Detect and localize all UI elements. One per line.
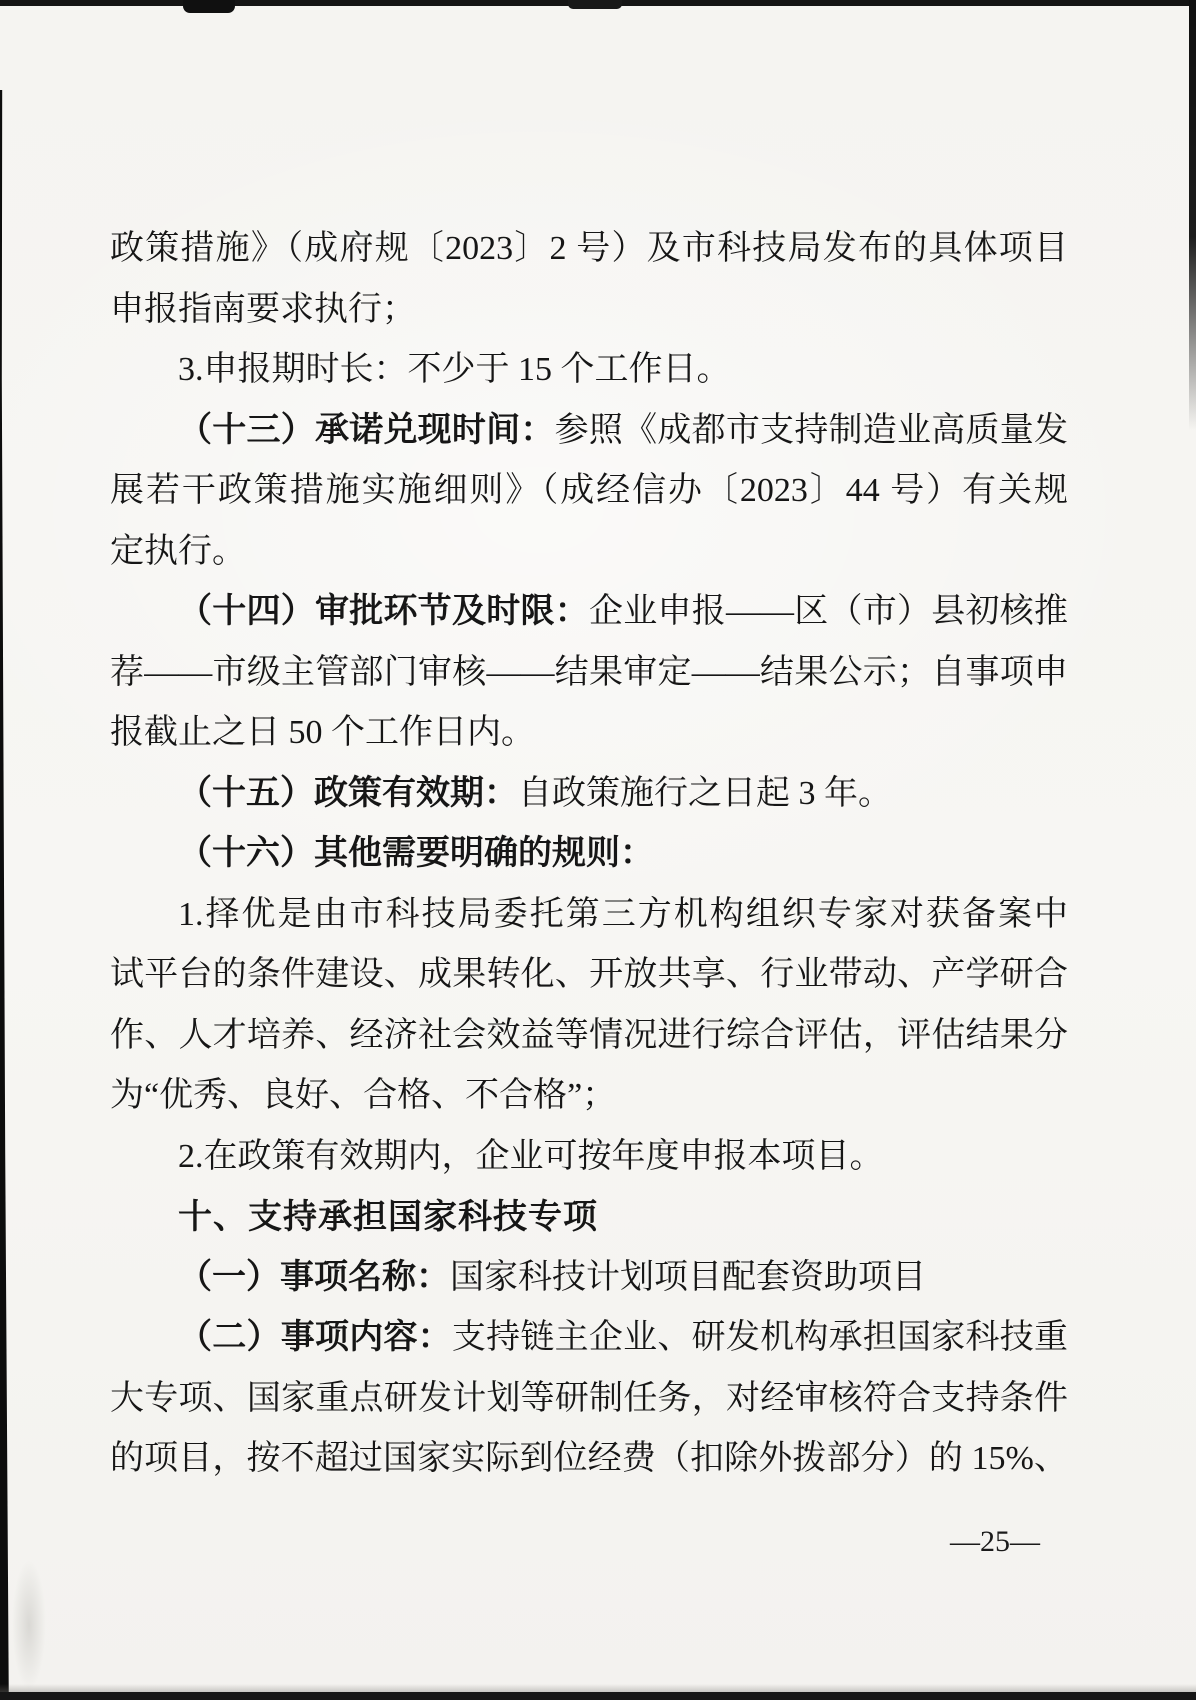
text-line: 3.申报期时长：不少于 15 个工作日。 <box>110 340 1068 401</box>
line-text: 自政策施行之日起 3 年。 <box>518 775 892 812</box>
scan-artifact-left-edge <box>0 90 10 1700</box>
line-label: （一）事项名称： <box>178 1259 450 1296</box>
line-text: 作、人才培养、经济社会效益等情况进行综合评估，评估结果分 <box>110 1017 1068 1054</box>
line-text: 申报指南要求执行； <box>110 291 416 328</box>
scan-artifact-right-edge <box>1189 0 1196 430</box>
section-heading: 十、支持承担国家科技专项 <box>110 1187 1068 1248</box>
scan-artifact-smudge <box>12 1560 46 1690</box>
line-text: 2.在政策有效期内，企业可按年度申报本项目。 <box>178 1138 884 1175</box>
line-label: （十三）承诺兑现时间： <box>178 412 555 449</box>
scan-artifact-bottom-edge <box>0 1692 1196 1700</box>
line-text: 企业申报——区（市）县初核推 <box>589 593 1068 630</box>
line-text: 政策措施》（成府规〔2023〕2 号）及市科技局发布的具体项目 <box>110 230 1068 267</box>
line-text: 3.申报期时长：不少于 15 个工作日。 <box>178 351 731 388</box>
line-text: 定执行。 <box>110 533 246 570</box>
scan-artifact-bottom-shadow <box>0 1684 1196 1692</box>
line-text: 报截止之日 50 个工作日内。 <box>110 714 535 751</box>
text-line: （一）事项名称：国家科技计划项目配套资助项目 <box>110 1248 1068 1309</box>
text-line: 展若干政策措施实施细则》（成经信办〔2023〕44 号）有关规 <box>110 461 1068 522</box>
line-label: （十五）政策有效期： <box>178 775 518 812</box>
line-text: 的项目，按不超过国家实际到位经费（扣除外拨部分）的 15%、 <box>110 1440 1068 1477</box>
text-line: 1.择优是由市科技局委托第三方机构组织专家对获备案中 <box>110 885 1068 946</box>
line-text: 试平台的条件建设、成果转化、开放共享、行业带动、产学研合 <box>110 956 1068 993</box>
line-text: 荐——市级主管部门审核——结果审定——结果公示；自事项申 <box>110 654 1068 691</box>
line-text: 大专项、国家重点研发计划等研制任务，对经审核符合支持条件 <box>110 1380 1068 1417</box>
text-line: 的项目，按不超过国家实际到位经费（扣除外拨部分）的 15%、 <box>110 1429 1068 1490</box>
text-line: （十四）审批环节及时限：企业申报——区（市）县初核推 <box>110 582 1068 643</box>
line-text: 为“优秀、良好、合格、不合格”； <box>110 1077 616 1114</box>
document-body: 政策措施》（成府规〔2023〕2 号）及市科技局发布的具体项目 申报指南要求执行… <box>110 219 1068 1490</box>
text-line: 申报指南要求执行； <box>110 280 1068 341</box>
text-line: 为“优秀、良好、合格、不合格”； <box>110 1066 1068 1127</box>
text-line: 定执行。 <box>110 522 1068 583</box>
text-line: 荐——市级主管部门审核——结果审定——结果公示；自事项申 <box>110 643 1068 704</box>
line-label: 十、支持承担国家科技专项 <box>178 1198 598 1236</box>
line-label: （十四）审批环节及时限： <box>178 593 589 630</box>
document-page: 政策措施》（成府规〔2023〕2 号）及市科技局发布的具体项目 申报指南要求执行… <box>0 0 1196 1700</box>
line-text: 支持链主企业、研发机构承担国家科技重 <box>452 1319 1068 1356</box>
text-line: 大专项、国家重点研发计划等研制任务，对经审核符合支持条件 <box>110 1369 1068 1430</box>
text-line: （十六）其他需要明确的规则： <box>110 824 1068 885</box>
text-line: 2.在政策有效期内，企业可按年度申报本项目。 <box>110 1127 1068 1188</box>
text-line: （二）事项内容：支持链主企业、研发机构承担国家科技重 <box>110 1308 1068 1369</box>
text-line: 政策措施》（成府规〔2023〕2 号）及市科技局发布的具体项目 <box>110 219 1068 280</box>
scan-artifact-ink-blob <box>568 0 622 9</box>
page-number: —25— <box>950 1522 1040 1562</box>
line-text: 参照《成都市支持制造业高质量发 <box>555 412 1068 449</box>
text-line: 作、人才培养、经济社会效益等情况进行综合评估，评估结果分 <box>110 1006 1068 1067</box>
line-text: 1.择优是由市科技局委托第三方机构组织专家对获备案中 <box>178 896 1068 933</box>
line-text: 展若干政策措施实施细则》（成经信办〔2023〕44 号）有关规 <box>110 472 1068 509</box>
text-line: 报截止之日 50 个工作日内。 <box>110 703 1068 764</box>
text-line: （十五）政策有效期：自政策施行之日起 3 年。 <box>110 764 1068 825</box>
text-line: 试平台的条件建设、成果转化、开放共享、行业带动、产学研合 <box>110 945 1068 1006</box>
scan-artifact-ink-blob <box>183 0 235 13</box>
line-text: 国家科技计划项目配套资助项目 <box>450 1259 926 1296</box>
line-label: （十六）其他需要明确的规则： <box>178 835 654 872</box>
text-line: （十三）承诺兑现时间：参照《成都市支持制造业高质量发 <box>110 401 1068 462</box>
line-label: （二）事项内容： <box>178 1319 452 1356</box>
